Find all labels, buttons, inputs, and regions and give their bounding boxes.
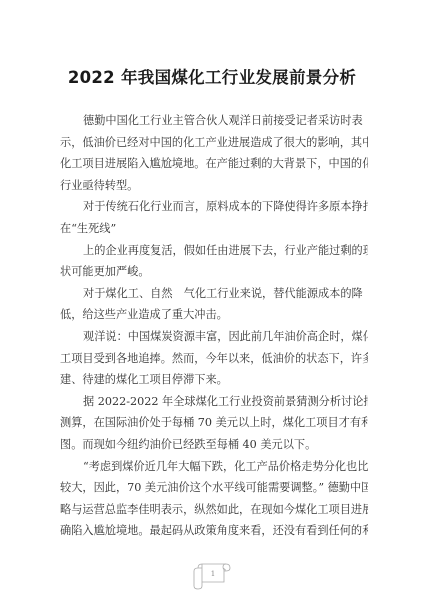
document-body: 德勤中国化工行业主管合伙人观洋日前接受记者采访时表 示，低油价已经对中国的化工产… [60, 110, 368, 542]
document-page: 2022 年我国煤化工行业发展前景分析 德勤中国化工行业主管合伙人观洋日前接受记… [0, 0, 424, 600]
text-line: 确陷入尴尬境地。最起码从政策角度来看，还没有看到任何的利 [60, 520, 368, 542]
text-line: 在“生死线” [60, 218, 368, 240]
text-line: 状可能更加严峻。 [60, 261, 368, 283]
text-line: 对于传统石化行业而言，原料成本的下降使得许多原本挣扎 [60, 196, 368, 218]
text-line: 略与运营总监李佳明表示，纵然如此，在现如今煤化工项目进展的 [60, 499, 368, 521]
text-line: 建、待建的煤化工项目停滞下来。 [60, 369, 368, 391]
text-line: 行业亟待转型。 [60, 175, 368, 197]
text-line: 较大，因此，70 美元油价这个水平线可能需要调整。” 德勤中国战 [60, 477, 368, 499]
text-line: 化工项目进展陷入尴尬境地。在产能过剩的大背景下，中国的化工 [60, 153, 368, 175]
text-line: 据 2022-2022 年全球煤化工行业投资前景猜测分析讨论报告 [60, 391, 368, 413]
document-title: 2022 年我国煤化工行业发展前景分析 [0, 64, 424, 88]
text-line: “考虑到煤价近几年大幅下跌，化工产品价格走势分化也比 [60, 456, 368, 478]
text-line: 德勤中国化工行业主管合伙人观洋日前接受记者采访时表 [60, 110, 368, 132]
text-line: 测算，在国际油价处于每桶 70 美元以上时，煤化工项目才有利可 [60, 412, 368, 434]
text-line: 图。而现如今纽约油价已经跌至每桶 40 美元以下。 [60, 434, 368, 456]
page-number: 1 [207, 570, 219, 578]
text-line: 上的企业再度复活，假如任由进展下去，行业产能过剩的现 [60, 240, 368, 262]
text-line: 观洋说：中国煤炭资源丰富，因此前几年油价高企时，煤化 [60, 326, 368, 348]
text-line: 工项目受到各地追捧。然而，今年以来，低油价的状态下，许多在 [60, 348, 368, 370]
text-line: 低，给这些产业造成了重大冲击。 [60, 304, 368, 326]
text-line: 示，低油价已经对中国的化工产业进展造成了很大的影响，其中煤 [60, 132, 368, 154]
text-line: 对于煤化工、自然 气化工行业来说，替代能源成本的降 [60, 283, 368, 305]
